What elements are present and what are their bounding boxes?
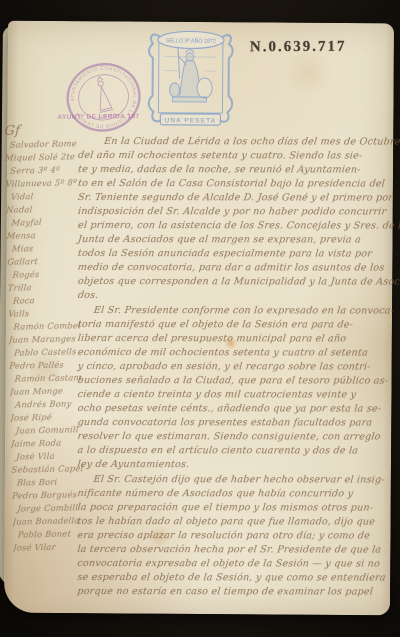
manuscript-line: se esperaba el objeto de la Sesión, y qu… — [77, 571, 392, 586]
manuscript-line: a lo dispuesto en el artículo ciento cua… — [77, 444, 392, 459]
allegorical-figure-icon — [165, 47, 217, 102]
manuscript-line: era preciso aplazar la resolución para o… — [77, 529, 392, 544]
margin-name: Gf — [4, 123, 77, 139]
manuscript-line: todos la Sesión anunciada especialmente … — [77, 247, 392, 262]
manuscript-line: resolver lo que estimaran. Siendo consig… — [77, 430, 392, 445]
manuscript-line: el primero, con la asistencia de los Sre… — [77, 219, 392, 234]
manuscript-line: ciende a ciento treinta y dos mil cuatro… — [77, 388, 392, 403]
margin-name: José Vilar — [13, 540, 86, 555]
office-stamp-line: AYUNTº DE LERIDA 187 — [57, 113, 167, 121]
manuscript-line: la tercera observación hecha por el Sr. … — [77, 543, 392, 558]
manuscript-line: toria manifestó que el objeto de la Sesi… — [77, 318, 392, 333]
manuscript-line: la poca preparación que el tiempo y los … — [77, 501, 392, 516]
manuscript-line: y cinco, aprobado en sesión, y el recarg… — [77, 360, 392, 375]
revenue-stamp-top-text: SELLO 9º AÑO 1872 — [166, 37, 216, 44]
serial-number: N.0.639.717 — [250, 38, 386, 56]
manuscript-line: objetos que corresponden a la Municipali… — [77, 275, 392, 290]
manuscript-line: gunda convocatoria los presentes estaban… — [77, 416, 392, 431]
manuscript-line: medio de convocatoria, para dar a admiti… — [77, 261, 392, 276]
manuscript-page: N.0.639.717 SELLO 9º AÑO 1872 — [4, 21, 394, 616]
manuscript-paragraph: El Sr. Presidente conforme con lo expres… — [77, 304, 391, 473]
manuscript-paragraph: En la Ciudad de Lérida a los ocho días d… — [78, 135, 392, 304]
manuscript-line: liberar acerca del presupuesto municipal… — [77, 332, 392, 347]
manuscript-line: económico de mil ochocientos setenta y c… — [77, 346, 392, 361]
manuscript-line: tos le habían dado al objeto para que fu… — [77, 515, 392, 530]
madonna-figure-icon — [92, 75, 113, 112]
manuscript-paragraph: El Sr. Castejón dijo que de haber hecho … — [77, 473, 391, 600]
manuscript-line: indisposición del Sr. Alcalde y por no h… — [77, 205, 392, 220]
scanned-document-photo: N.0.639.717 SELLO 9º AÑO 1872 — [0, 0, 400, 637]
manuscript-line: Junta de Asociados que al margen se expr… — [77, 233, 392, 248]
manuscript-line: buciones señalado a la Ciudad, que para … — [77, 374, 392, 389]
revenue-stamp-bottom-text: UNA PESETA — [165, 117, 217, 124]
manuscript-line: ocho pesetas veinte cénts., añadiendo qu… — [77, 402, 392, 417]
manuscript-line: El Sr. Castejón dijo que de haber hecho … — [77, 473, 392, 488]
manuscript-line: El Sr. Presidente conforme con lo expres… — [77, 304, 392, 319]
manuscript-line: dos. — [77, 289, 392, 304]
manuscript-line: convocatoria expresaba el objeto de la S… — [77, 557, 392, 572]
manuscript-line: del año mil ochocientos setenta y cuatro… — [77, 149, 392, 164]
margin-name-list: GfSalvador Romeu 1teMiquel Solé 2teSerra… — [4, 123, 85, 554]
paper-stain — [278, 53, 338, 93]
manuscript-line: to en el Salón de la Casa Consistorial b… — [77, 177, 392, 192]
manuscript-line: te y media, dadas de la noche, se reunió… — [77, 163, 392, 178]
manuscript-line: nificante número de Asociados que había … — [77, 487, 392, 502]
manuscript-line: porque no estaría en caso el tiempo de e… — [77, 585, 392, 600]
manuscript-body: En la Ciudad de Lérida a los ocho días d… — [77, 135, 392, 601]
manuscript-line: En la Ciudad de Lérida a los ocho días d… — [77, 135, 392, 150]
manuscript-line: ley de Ayuntamientos. — [77, 458, 392, 473]
manuscript-line: Sr. Teniente segundo de Alcalde D. José … — [77, 191, 392, 206]
